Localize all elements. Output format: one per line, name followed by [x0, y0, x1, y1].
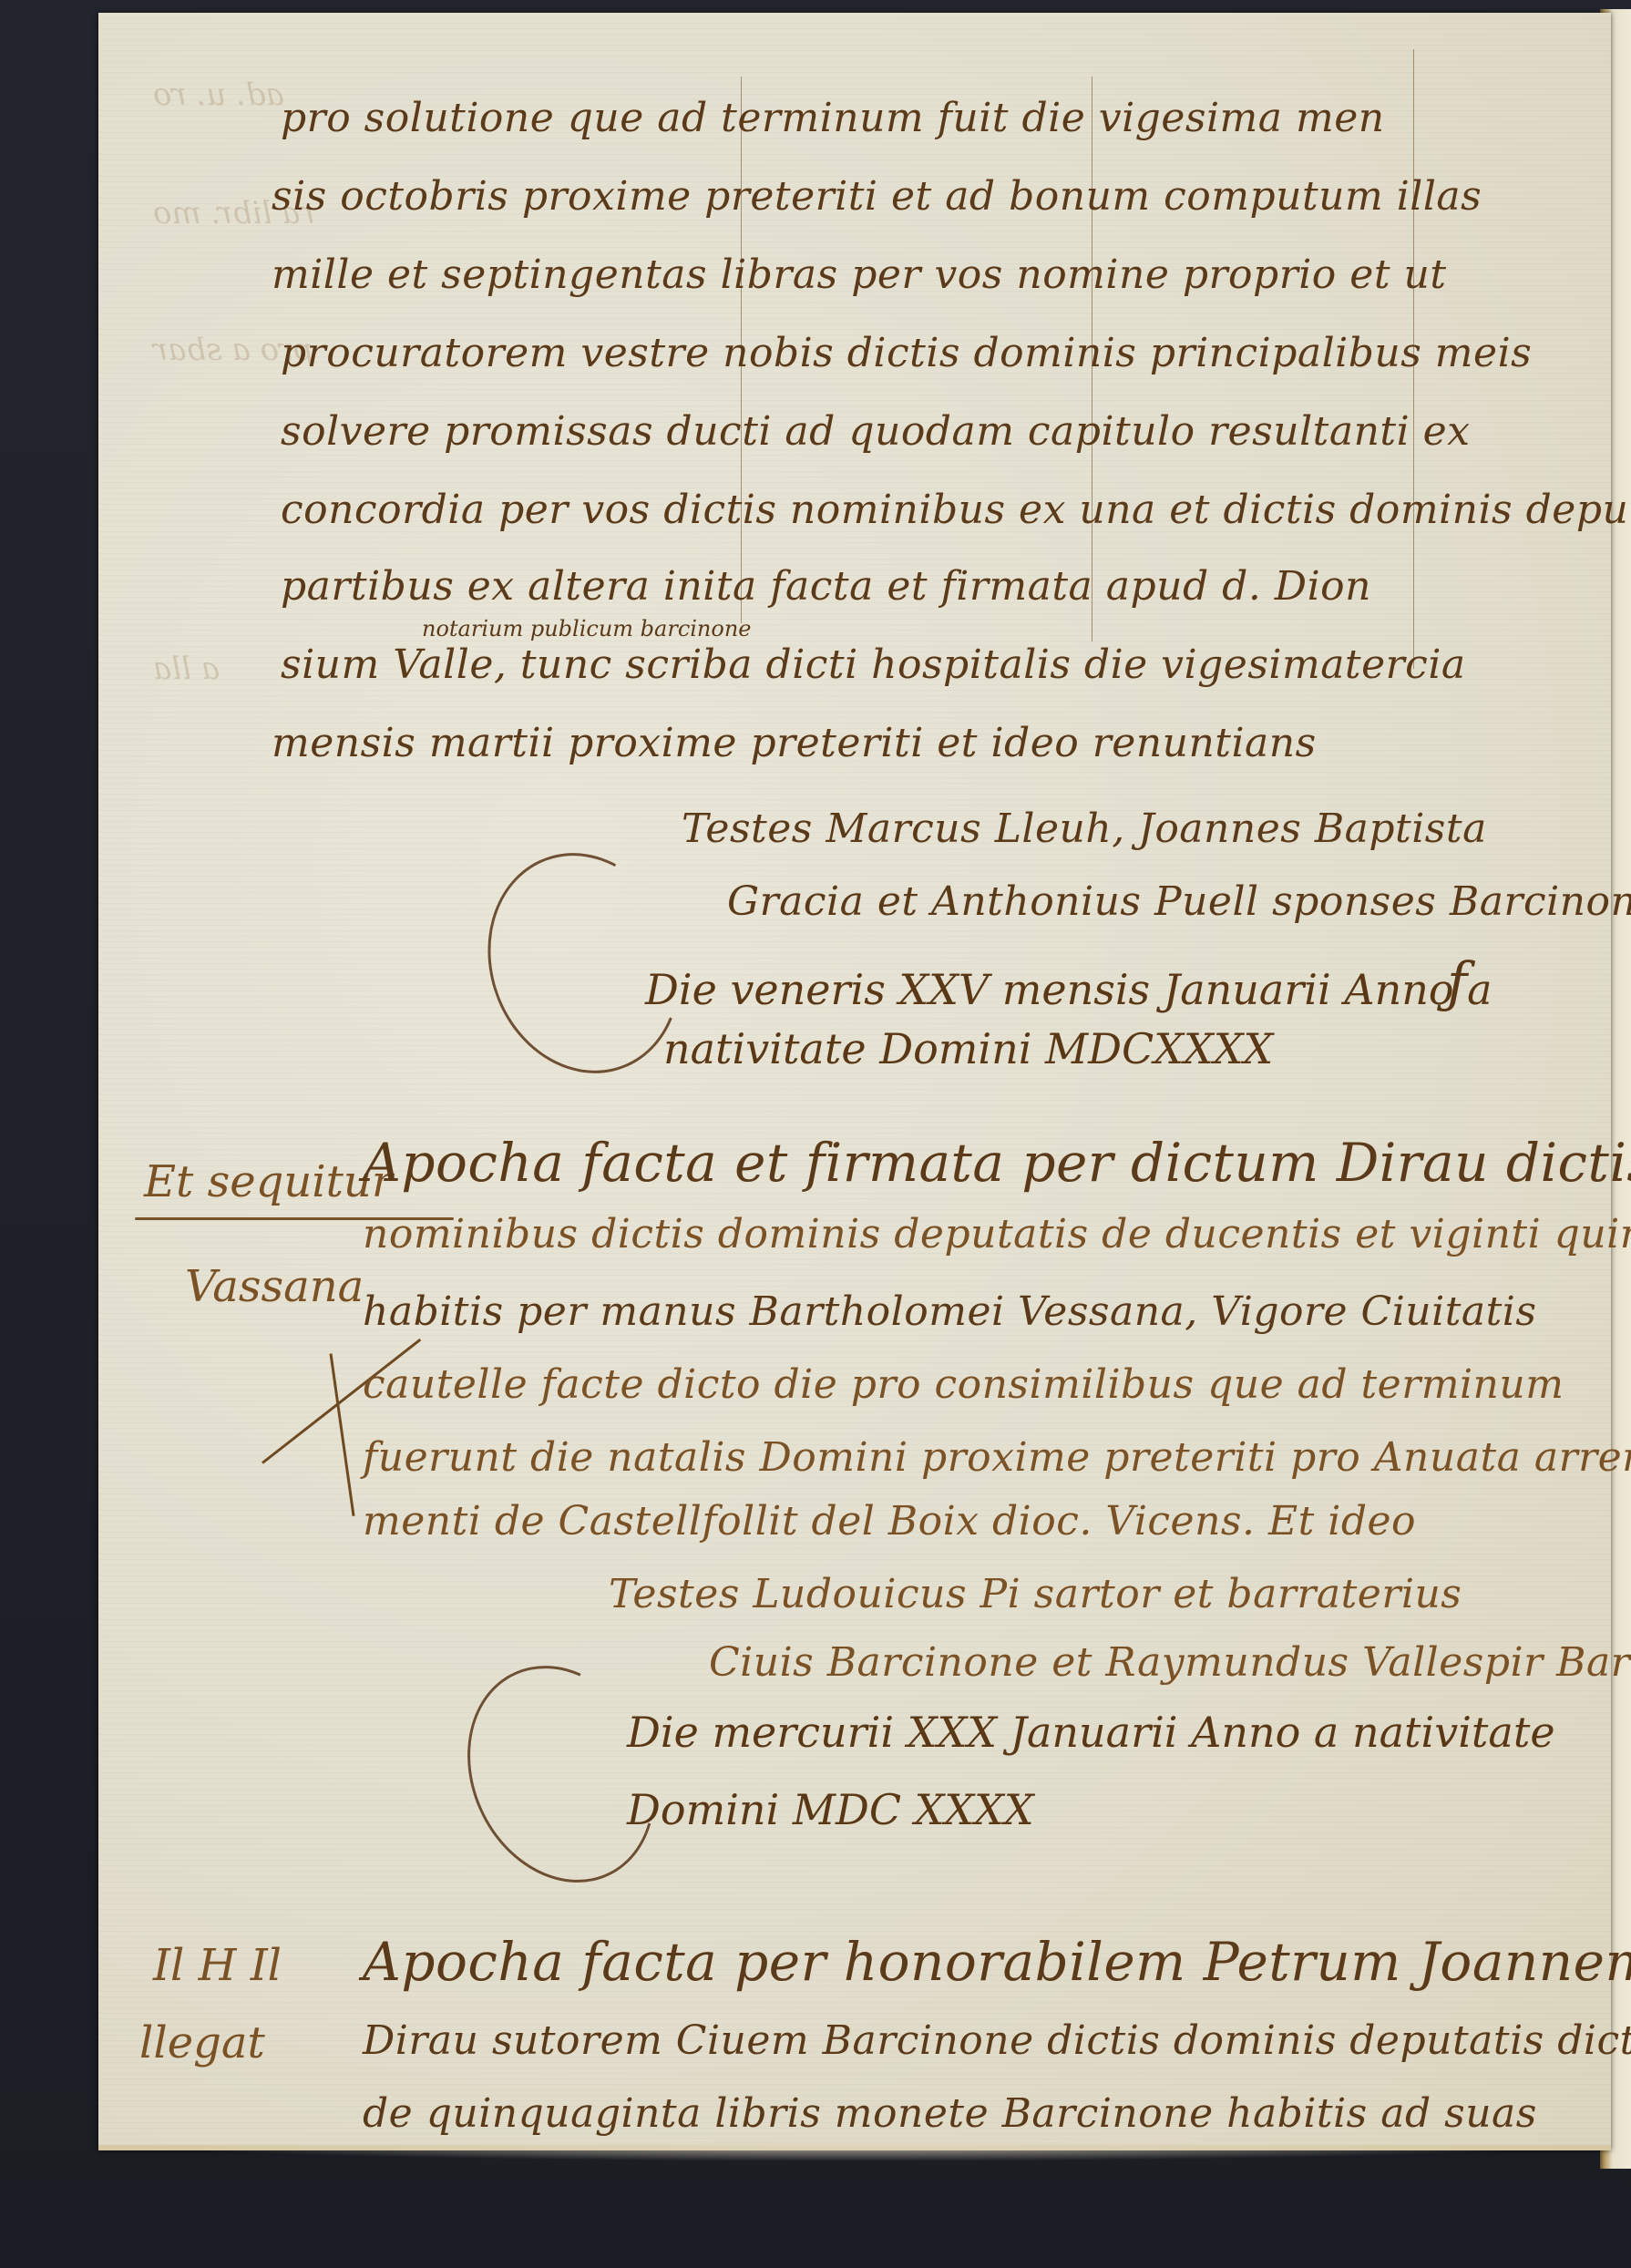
witness-line: Gracia et Anthonius Puell sponses Barcin…	[727, 878, 1631, 925]
witness-line: Testes Ludouicus Pi sartor et barrateriu…	[609, 1571, 1462, 1617]
date-heading: Domini MDC XXXX	[627, 1785, 1034, 1834]
margin-note: Il H Il	[153, 1940, 282, 1991]
text-line: sium Valle, tunc scriba dicti hospitalis…	[281, 641, 1466, 688]
cancel-cross-stroke	[330, 1353, 355, 1516]
date-heading: Die mercurii XXX Januarii Anno a nativit…	[627, 1708, 1555, 1757]
text-line: solvere promissas ducti ad quodam capitu…	[281, 408, 1471, 455]
margin-note: llegat	[139, 2017, 265, 2068]
witness-line: Ciuis Barcinone et Raymundus Vallespir B…	[709, 1639, 1631, 1686]
margin-note: Et sequitur	[144, 1156, 393, 1207]
witness-line: Testes Marcus Lleuh, Joannes Baptista	[682, 806, 1487, 852]
text-line: concordia per vos dictis nominibus ex un…	[281, 487, 1631, 533]
entry-heading-line: Apocha facta per honorabilem Petrum Joan…	[363, 1931, 1631, 1993]
text-line: pro solutione que ad terminum fuit die v…	[281, 95, 1385, 141]
text-line: de quinquaginta libris monete Barcinone …	[363, 2090, 1537, 2137]
date-heading: Die veneris XXV mensis Januarii Anno a	[645, 965, 1493, 1014]
closing-flourish: ƒ	[1447, 951, 1467, 1015]
text-line: habitis per manus Bartholomei Vessana, V…	[363, 1288, 1536, 1335]
text-line: procuratorem vestre nobis dictis dominis…	[281, 330, 1532, 376]
interlinear-insertion: notarium publicum barcinone	[422, 616, 752, 641]
bleed-through-text: ad. u. ro	[153, 77, 284, 113]
margin-note: Vassana	[185, 1261, 364, 1312]
text-line: mensis martii proxime preteriti et ideo …	[272, 720, 1317, 766]
text-line: sis octobris proxime preteriti et ad bon…	[272, 173, 1482, 220]
text-line: menti de Castellfollit del Boix dioc. Vi…	[363, 1498, 1416, 1544]
text-line: fuerunt die natalis Domini proxime prete…	[363, 1434, 1631, 1481]
entry-heading-line: Apocha facta et firmata per dictum Dirau…	[363, 1132, 1631, 1194]
initial-flourish	[433, 1635, 690, 1914]
manuscript-page: ad. u. ro ra libr. mo pro a sbar a lla p…	[98, 13, 1611, 2150]
text-line: nominibus dictis dominis deputatis de du…	[363, 1211, 1631, 1257]
bleed-through-text: a lla	[153, 651, 220, 687]
text-line: partibus ex altera inita facta et firmat…	[281, 563, 1371, 610]
text-line: mille et septingentas libras per vos nom…	[272, 251, 1447, 298]
text-line: cautelle facte dicto die pro consimilibu…	[363, 1361, 1564, 1408]
text-line: Dirau sutorem Ciuem Barcinone dictis dom…	[363, 2017, 1631, 2064]
date-heading: nativitate Domini MDCXXXX	[663, 1024, 1273, 1073]
